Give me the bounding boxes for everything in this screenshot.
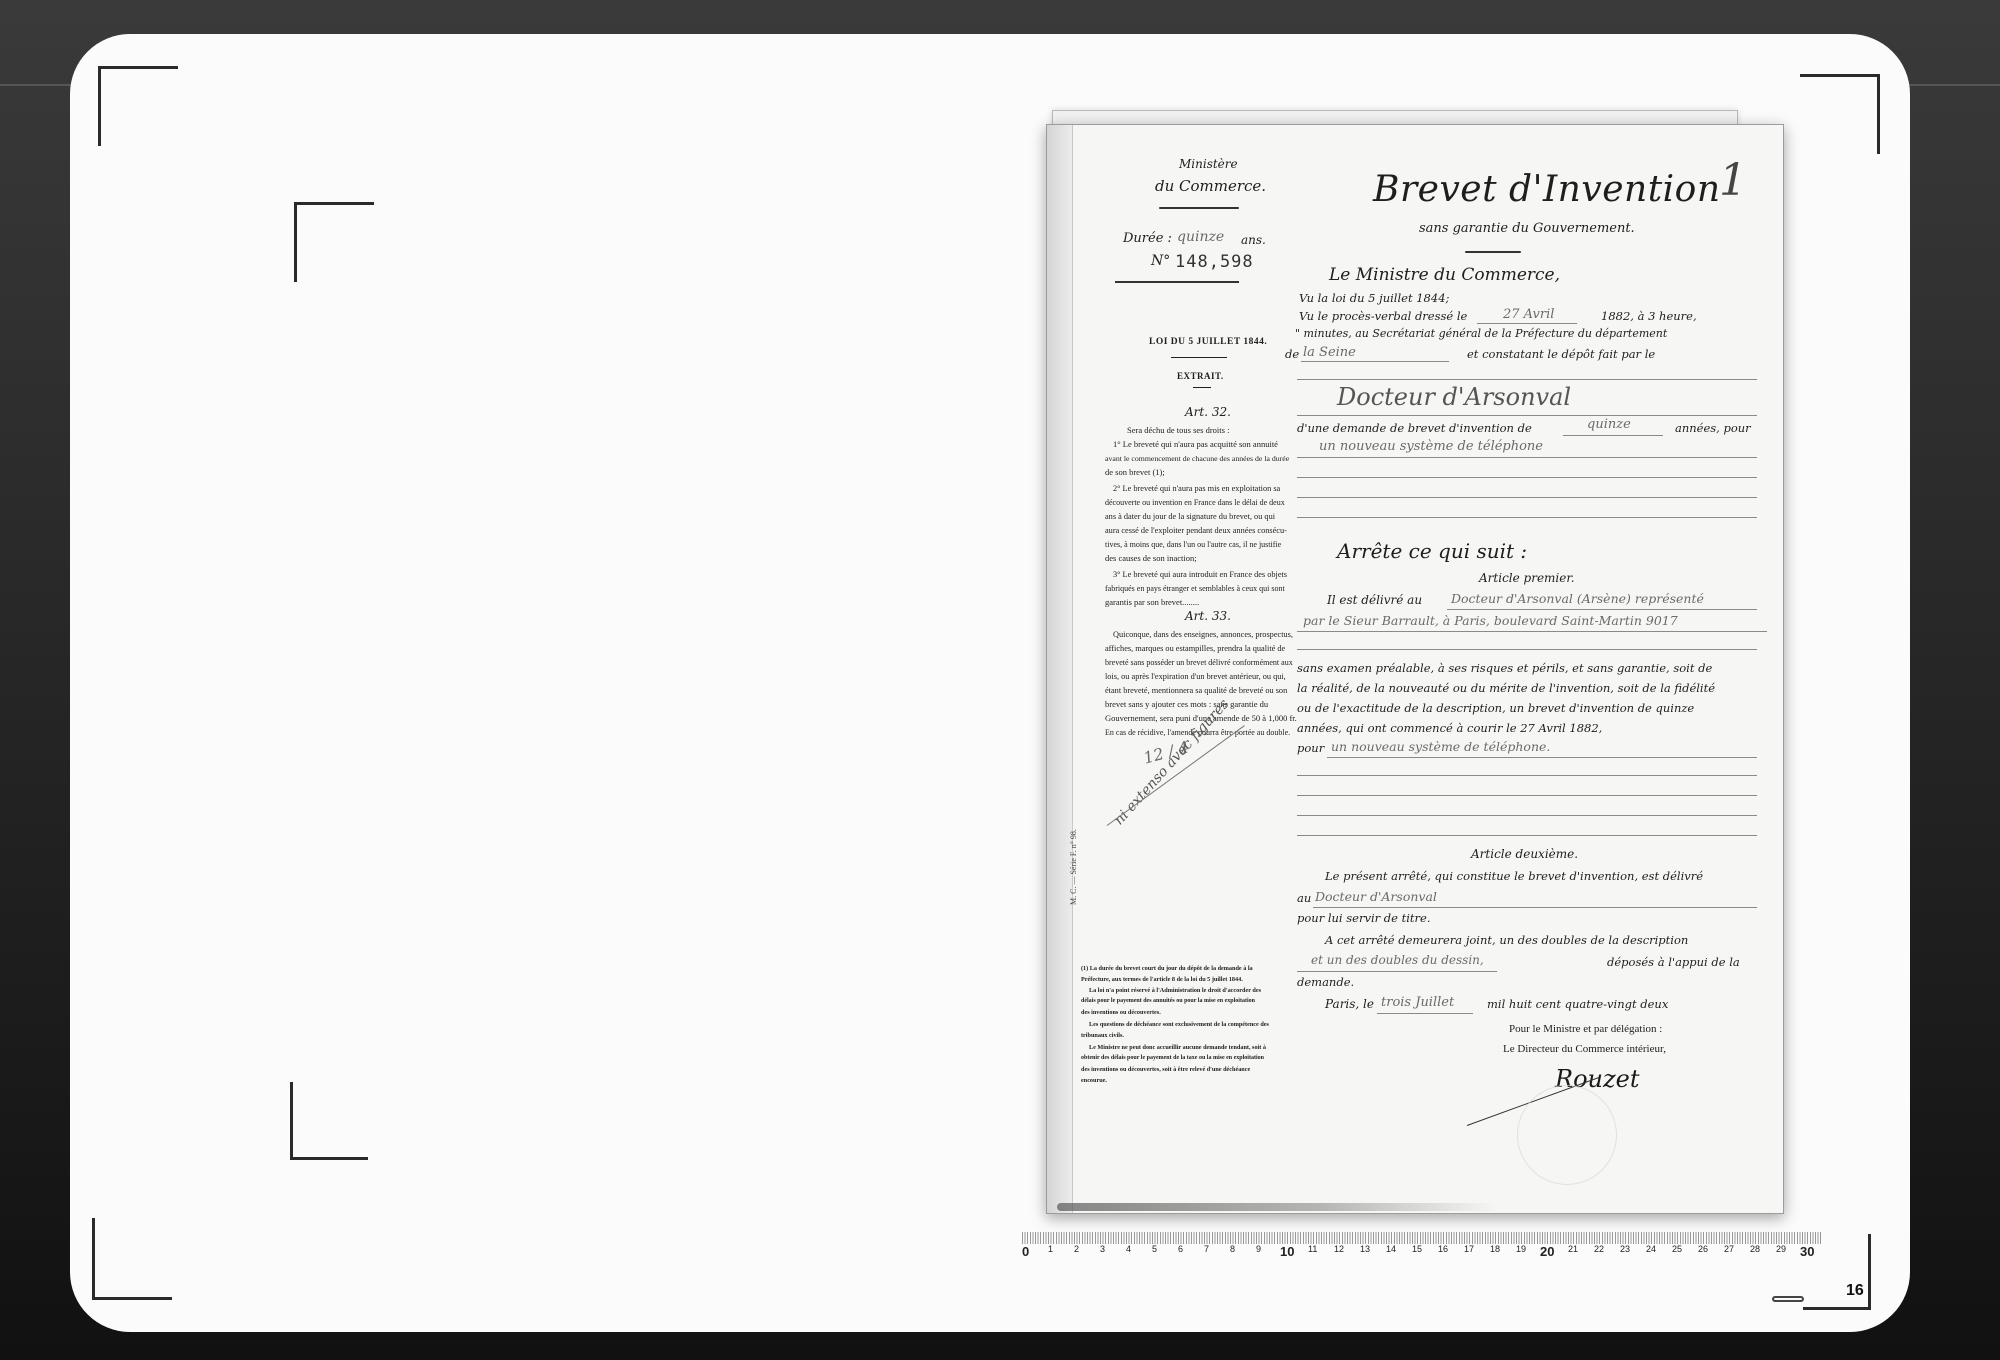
footnote-line: Préfecture, aux termes de l'article 8 de… bbox=[1081, 974, 1243, 986]
crop-mark-top-right-outer bbox=[1800, 74, 1880, 154]
ruler-label: 30 bbox=[1800, 1244, 1814, 1259]
duration-unit: ans. bbox=[1241, 233, 1266, 247]
ruler-label: 23 bbox=[1620, 1244, 1630, 1254]
law-divider bbox=[1171, 357, 1227, 358]
date-line bbox=[1377, 1013, 1473, 1014]
request-years: quinze bbox=[1587, 417, 1631, 432]
blank-line bbox=[1297, 795, 1757, 796]
crop-mark-top-left-inner bbox=[294, 202, 374, 282]
ruler-label: 24 bbox=[1646, 1244, 1656, 1254]
number-label: N° bbox=[1151, 253, 1170, 269]
footnote-line: encourue. bbox=[1081, 1075, 1107, 1087]
article2-line1: Le présent arrêté, qui constitue le brev… bbox=[1325, 869, 1703, 883]
ruler-label: 10 bbox=[1280, 1244, 1294, 1259]
article2-line5-rule bbox=[1297, 971, 1497, 972]
series-mark: M. C. — Série F. n° 98. bbox=[1069, 829, 1078, 905]
ruler-label: 16 bbox=[1438, 1244, 1448, 1254]
crop-mark-bottom-left-inner bbox=[290, 1082, 368, 1160]
page-number-marker: 16 bbox=[1846, 1282, 1864, 1300]
article1-recipient: Docteur d'Arsonval (Arsène) représenté bbox=[1451, 591, 1704, 606]
article2-line5: déposés à l'appui de la bbox=[1607, 955, 1740, 969]
article1-for-line bbox=[1327, 757, 1757, 758]
footnote-line: Les questions de déchéance sont exclusiv… bbox=[1089, 1019, 1269, 1031]
number-underline bbox=[1115, 281, 1239, 283]
pv-year: 1882, à 3 heure, bbox=[1601, 309, 1697, 323]
department-prefix: de bbox=[1285, 347, 1299, 361]
paperclip-mark bbox=[1772, 1296, 1804, 1302]
ruler-label: 20 bbox=[1540, 1244, 1554, 1259]
article2-recipient: Docteur d'Arsonval bbox=[1315, 889, 1437, 904]
article1-prefix: Il est délivré au bbox=[1327, 593, 1422, 607]
crop-mark-bottom-left-outer bbox=[92, 1218, 172, 1300]
ruler-label: 13 bbox=[1360, 1244, 1370, 1254]
ministry-line1: Ministère bbox=[1179, 157, 1238, 171]
deposit-text: et constatant le dépôt fait par le bbox=[1467, 347, 1655, 361]
extract-divider bbox=[1193, 387, 1211, 388]
ruler-label: 18 bbox=[1490, 1244, 1500, 1254]
article2-recipient-prefix: au bbox=[1297, 891, 1311, 905]
patent-document: Ministère du Commerce. Durée : quinze an… bbox=[1046, 124, 1784, 1214]
article1-body-line: la réalité, de la nouveauté ou du mérite… bbox=[1297, 681, 1715, 695]
ruler-label: 29 bbox=[1776, 1244, 1786, 1254]
art32-title: Art. 32. bbox=[1185, 405, 1231, 419]
duration-label: Durée : bbox=[1123, 231, 1172, 246]
ruler-label: 22 bbox=[1594, 1244, 1604, 1254]
department-value: la Seine bbox=[1303, 345, 1356, 360]
ruler-label: 9 bbox=[1256, 1244, 1261, 1254]
art32-line: des causes de son inaction; bbox=[1105, 551, 1197, 567]
ruler-label: 3 bbox=[1100, 1244, 1105, 1254]
blank-line bbox=[1297, 775, 1757, 776]
law-title: LOI DU 5 JUILLET 1844. bbox=[1149, 337, 1267, 347]
department-line bbox=[1301, 361, 1449, 362]
invention-title: un nouveau système de téléphone bbox=[1319, 439, 1543, 454]
article1-recipient-line bbox=[1447, 609, 1757, 610]
footnote-line: La loi n'a point réservé à l'Administrat… bbox=[1089, 985, 1261, 997]
ruler-label: 7 bbox=[1204, 1244, 1209, 1254]
art32-line: de son brevet (1); bbox=[1105, 465, 1165, 481]
article2-line4: A cet arrêté demeurera joint, un des dou… bbox=[1325, 933, 1688, 947]
minister-heading: Le Ministre du Commerce, bbox=[1329, 265, 1560, 285]
footnote-line: Le Ministre ne peut donc accueillir aucu… bbox=[1089, 1042, 1266, 1054]
article1-body-line: ou de l'exactitude de la description, un… bbox=[1297, 701, 1694, 715]
article1-title: Article premier. bbox=[1479, 571, 1575, 585]
request-years-line bbox=[1563, 435, 1663, 436]
footnote-line: délais pour le payement des annuités ou … bbox=[1081, 996, 1255, 1008]
document-title: Brevet d'Invention bbox=[1373, 169, 1721, 210]
ruler-label: 17 bbox=[1464, 1244, 1474, 1254]
ruler-label: 11 bbox=[1308, 1244, 1317, 1254]
divider-flourish bbox=[1159, 207, 1239, 209]
crop-mark-top-left-outer bbox=[98, 66, 178, 146]
measurement-ruler: 0 1 2 3 4 5 6 7 8 9 10 11 12 13 14 15 16… bbox=[1022, 1232, 1822, 1262]
article1-body-line: années, qui ont commencé à courir le 27 … bbox=[1297, 721, 1602, 735]
article1-for-prefix: pour bbox=[1297, 741, 1324, 755]
title-flourish bbox=[1465, 251, 1521, 253]
article2-title: Article deuxième. bbox=[1471, 847, 1578, 861]
ruler-label: 8 bbox=[1230, 1244, 1235, 1254]
blank-line bbox=[1297, 835, 1757, 836]
ruler-label: 19 bbox=[1516, 1244, 1526, 1254]
blank-line bbox=[1297, 517, 1757, 518]
footnote-line: tribunaux civils. bbox=[1081, 1030, 1124, 1042]
patent-number: 148,598 bbox=[1175, 252, 1254, 272]
article1-agent: par le Sieur Barrault, à Paris, boulevar… bbox=[1303, 613, 1678, 628]
ruler-label: 6 bbox=[1178, 1244, 1183, 1254]
footnote-line: (1) La durée du brevet court du jour du … bbox=[1081, 963, 1253, 975]
ruler-label: 4 bbox=[1126, 1244, 1131, 1254]
blank-line bbox=[1297, 497, 1757, 498]
article1-agent-line bbox=[1297, 631, 1767, 632]
ruler-ticks bbox=[1022, 1232, 1822, 1244]
article2-line3: pour lui servir de titre. bbox=[1297, 911, 1431, 925]
applicant-line bbox=[1297, 415, 1757, 416]
official-seal bbox=[1517, 1085, 1617, 1185]
invention-line bbox=[1297, 457, 1757, 458]
signatory-line1: Pour le Ministre et par délégation : bbox=[1509, 1023, 1662, 1035]
ruler-label: 27 bbox=[1724, 1244, 1734, 1254]
extract-label: EXTRAIT. bbox=[1177, 371, 1224, 381]
ruler-label: 0 bbox=[1022, 1244, 1029, 1259]
ruler-label: 28 bbox=[1750, 1244, 1760, 1254]
pv-date: 27 Avril bbox=[1503, 307, 1554, 322]
date-suffix: mil huit cent quatre-vingt deux bbox=[1487, 997, 1668, 1011]
pv-prefix: Vu le procès-verbal dressé le bbox=[1299, 309, 1467, 323]
ruler-label: 2 bbox=[1074, 1244, 1079, 1254]
pv-date-line bbox=[1477, 323, 1577, 324]
article1-body-line: sans examen préalable, à ses risques et … bbox=[1297, 661, 1712, 675]
sheet-number: 1 bbox=[1719, 155, 1747, 206]
ruler-label: 15 bbox=[1412, 1244, 1422, 1254]
request-prefix: d'une demande de brevet d'invention de bbox=[1297, 421, 1532, 435]
date-value: trois Juillet bbox=[1381, 995, 1454, 1010]
footnote-line: obtenir des délais pour le payement de l… bbox=[1081, 1053, 1264, 1065]
signatory-line2: Le Directeur du Commerce intérieur, bbox=[1503, 1043, 1666, 1055]
duration-value: quinze bbox=[1177, 229, 1224, 245]
decree-heading: Arrête ce qui suit : bbox=[1337, 539, 1527, 563]
ruler-label: 1 bbox=[1048, 1244, 1053, 1254]
blank-line bbox=[1297, 815, 1757, 816]
sheet-left-edge bbox=[1047, 125, 1073, 1213]
document-subtitle: sans garantie du Gouvernement. bbox=[1419, 221, 1635, 236]
deposit-line bbox=[1297, 379, 1757, 380]
ruler-label: 25 bbox=[1672, 1244, 1682, 1254]
footnote-line: des inventions ou découvertes, soit à êt… bbox=[1081, 1064, 1250, 1076]
article2-line5-hand: et un des doubles du dessin, bbox=[1311, 953, 1484, 967]
art33-title: Art. 33. bbox=[1185, 609, 1231, 623]
request-suffix: années, pour bbox=[1675, 421, 1751, 435]
blank-line bbox=[1297, 477, 1757, 478]
ruler-label: 26 bbox=[1698, 1244, 1708, 1254]
law-reference: Vu la loi du 5 juillet 1844; bbox=[1299, 291, 1449, 305]
article2-recipient-line bbox=[1313, 907, 1757, 908]
ministry-line2: du Commerce. bbox=[1155, 177, 1266, 195]
ruler-label: 12 bbox=[1334, 1244, 1344, 1254]
pv-line2: " minutes, au Secrétariat général de la … bbox=[1295, 327, 1667, 340]
sheet-worn-edge bbox=[1057, 1203, 1497, 1211]
article1-for-value: un nouveau système de téléphone. bbox=[1331, 739, 1550, 754]
footnote-line: des inventions ou découvertes. bbox=[1081, 1007, 1161, 1019]
date-prefix: Paris, le bbox=[1325, 997, 1374, 1011]
ruler-label: 5 bbox=[1152, 1244, 1157, 1254]
article2-line6: demande. bbox=[1297, 975, 1354, 989]
blank-line bbox=[1297, 649, 1757, 650]
ruler-label: 14 bbox=[1386, 1244, 1396, 1254]
ruler-label: 21 bbox=[1568, 1244, 1578, 1254]
applicant-name: Docteur d'Arsonval bbox=[1337, 383, 1571, 411]
